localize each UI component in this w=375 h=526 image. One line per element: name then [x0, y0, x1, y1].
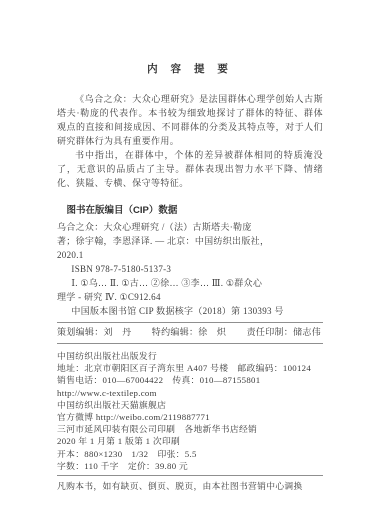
cip-isbn-line: ISBN 978-7-5180-5137-3	[57, 262, 323, 276]
summary-paragraph: 《乌合之众：大众心理研究》是法国群体心理学创始人古斯塔夫·勒庞的代表作。本书较为…	[57, 92, 323, 148]
address-line: 地址：北京市朝阳区百子湾东里 A407 号楼 邮政编码：100124	[57, 362, 323, 374]
format-line: 开本：880×1230 1/32 印张：5.5	[57, 448, 323, 460]
cip-line: 2020.1	[57, 248, 323, 262]
weibo-line: 官方微博 http://weibo.com/2119887771	[57, 411, 323, 423]
copyright-page: 内 容 提 要 《乌合之众：大众心理研究》是法国群体心理学创始人古斯塔夫·勒庞的…	[0, 0, 375, 526]
summary-paragraph: 书中指出，在群体中，个体的差异被群体相同的特质淹没了，无意识的品质占了主导。群体…	[57, 148, 323, 190]
divider-middle	[57, 343, 323, 344]
content-summary-block: 《乌合之众：大众心理研究》是法国群体心理学创始人古斯塔夫·勒庞的代表作。本书较为…	[57, 92, 323, 190]
planning-editor-label: 策划编辑：刘 丹	[57, 326, 131, 339]
print-supervisor-label: 责任印制：储志伟	[247, 326, 321, 339]
cip-block: 乌合之众：大众心理研究 /（法）古斯塔夫·勒庞 著；徐宇翰，李恩泽译. — 北京…	[57, 220, 323, 318]
content-summary-heading: 内 容 提 要	[57, 62, 323, 76]
edition-line: 2020 年 1 月第 1 版第 1 次印刷	[57, 435, 323, 447]
cip-line: 著；徐宇翰，李恩泽译. — 北京：中国纺织出版社，	[57, 234, 323, 248]
divider-bottom	[57, 475, 323, 476]
cip-classification-line: 理学 - 研究 Ⅳ. ①C912.64	[57, 290, 323, 304]
price-line: 字数：110 千字 定价：39.80 元	[57, 460, 323, 472]
cip-line: 乌合之众：大众心理研究 /（法）古斯塔夫·勒庞	[57, 220, 323, 234]
editors-row: 策划编辑：刘 丹 特约编辑：徐 炽 责任印制：储志伟	[57, 323, 323, 343]
tmall-store-line: 中国纺织出版社天猫旗舰店	[57, 399, 323, 411]
publisher-line: 中国纺织出版社出版发行	[57, 350, 323, 362]
website-line: http://www.c-textilep.com	[57, 387, 323, 399]
cip-heading: 图书在版编目（CIP）数据	[57, 204, 323, 217]
phone-line: 销售电话：010—67004422 传真：010—87155801	[57, 374, 323, 386]
cip-classification-line: Ⅰ. ①乌… Ⅱ. ①古… ②徐… ③李… Ⅲ. ①群众心	[57, 276, 323, 290]
special-editor-label: 特约编辑：徐 炽	[152, 326, 226, 339]
exchange-notice: 凡购本书，如有缺页、倒页、脱页，由本社图书营销中心调换	[57, 480, 323, 493]
cip-registration-line: 中国版本图书馆 CIP 数据核字（2018）第 130393 号	[57, 304, 323, 318]
printer-line: 三河市延风印装有限公司印刷 各地新华书店经销	[57, 423, 323, 435]
publication-block: 中国纺织出版社出版发行 地址：北京市朝阳区百子湾东里 A407 号楼 邮政编码：…	[57, 350, 323, 472]
